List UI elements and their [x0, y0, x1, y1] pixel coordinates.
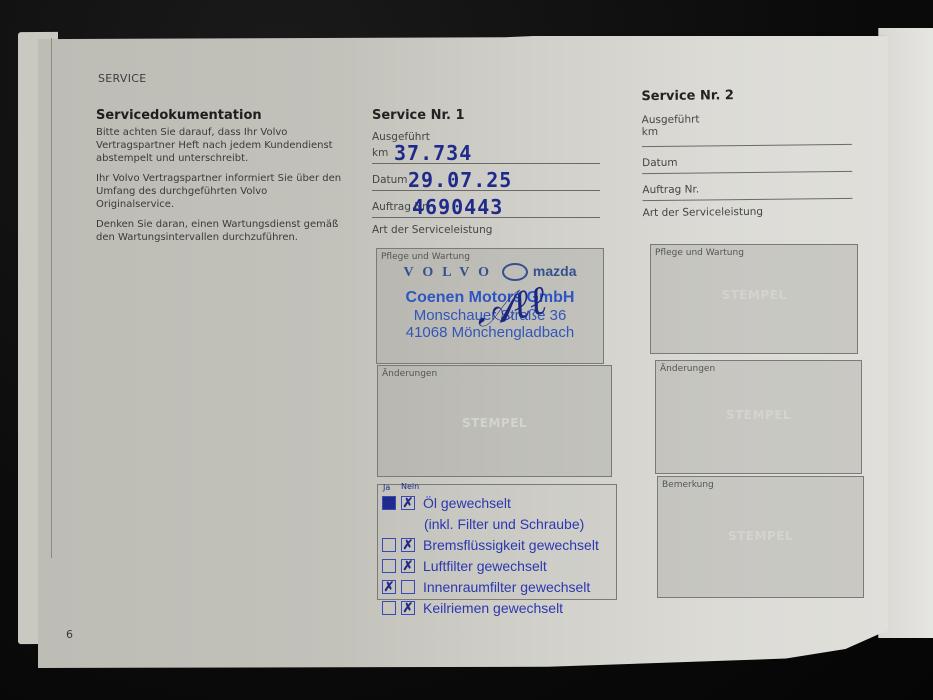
- km-field[interactable]: km: [642, 124, 852, 147]
- checklist-item: ✗Bremsflüssigkeit gewechselt: [382, 534, 599, 555]
- yes-header: Ja: [383, 483, 390, 492]
- stamp-placeholder: STEMPEL: [656, 408, 861, 422]
- yes-checkbox[interactable]: [382, 496, 396, 510]
- section-label: SERVICE: [98, 72, 146, 85]
- remark-stamp-box-2: Bemerkung STEMPEL: [657, 476, 864, 598]
- no-checkbox[interactable]: ✗: [401, 559, 415, 573]
- yes-checkbox[interactable]: [382, 559, 396, 573]
- stamp-placeholder: STEMPEL: [651, 288, 857, 302]
- stamp-placeholder: STEMPEL: [658, 529, 863, 543]
- care-box-label: Pflege und Wartung: [381, 252, 470, 262]
- no-header: Nein: [401, 482, 419, 491]
- page-number: 6: [66, 628, 73, 641]
- service-2: Service Nr. 2 Ausgeführt km Datum Auftra…: [641, 87, 852, 219]
- checklist-item-label: Bremsflüssigkeit gewechselt: [423, 537, 599, 553]
- km-label: km: [372, 147, 388, 159]
- intro-paragraph: Bitte achten Sie darauf, dass Ihr Volvo …: [96, 126, 346, 165]
- page-title: Servicedokumentation: [96, 108, 262, 123]
- checklist-item: ✗Öl gewechselt: [382, 492, 599, 513]
- checklist-item: ✗Luftfilter gewechselt: [382, 555, 599, 576]
- care-stamp-box-2: Pflege und Wartung STEMPEL: [650, 244, 858, 354]
- page-edge-line: [51, 38, 52, 558]
- intro-paragraph: Ihr Volvo Vertragspartner informiert Sie…: [96, 172, 346, 211]
- checklist-item-label: Innenraumfilter gewechselt: [423, 579, 590, 595]
- care-stamp-box-1: Pflege und Wartung VOLVO mazda Coenen Mo…: [376, 248, 604, 364]
- yes-checkbox[interactable]: [382, 601, 396, 615]
- date-label: Datum: [642, 157, 678, 169]
- checklist-item-label: Keilriemen gewechselt: [423, 600, 563, 616]
- km-label: km: [642, 126, 658, 138]
- changes-box-label: Änderungen: [382, 369, 437, 379]
- care-box-label: Pflege und Wartung: [655, 248, 744, 258]
- order-field[interactable]: Auftrag Nr. 4690443: [372, 191, 600, 218]
- service-type-label: Art der Serviceleistung: [372, 224, 600, 236]
- volvo-logo: VOLVO: [404, 265, 499, 280]
- date-label: Datum: [372, 174, 408, 186]
- date-value: 29.07.25: [408, 168, 512, 192]
- checklist-item: ✗Keilriemen gewechselt: [382, 597, 599, 618]
- checklist-item-note: (inkl. Filter und Schraube): [424, 516, 584, 532]
- date-field[interactable]: Datum 29.07.25: [372, 164, 600, 191]
- date-field[interactable]: Datum: [642, 145, 852, 174]
- no-checkbox[interactable]: ✗: [401, 538, 415, 552]
- order-label: Auftrag Nr.: [642, 184, 699, 197]
- stamp-placeholder: STEMPEL: [378, 416, 611, 430]
- intro-text: Bitte achten Sie darauf, dass Ihr Volvo …: [96, 126, 346, 251]
- service-1: Service Nr. 1 Ausgeführt km 37.734 Datum…: [372, 108, 600, 236]
- service-2-title: Service Nr. 2: [641, 87, 851, 104]
- yes-checkbox[interactable]: [382, 538, 396, 552]
- km-field[interactable]: km 37.734: [372, 143, 600, 164]
- changes-stamp-box-1: Änderungen STEMPEL: [377, 365, 612, 477]
- no-checkbox[interactable]: ✗: [401, 601, 415, 615]
- service-1-title: Service Nr. 1: [372, 108, 600, 123]
- no-checkbox[interactable]: [401, 580, 415, 594]
- checklist-item: ✗Innenraumfilter gewechselt: [382, 576, 599, 597]
- checklist-item-label: Öl gewechselt: [423, 495, 511, 511]
- service-checklist: ✗Öl gewechselt(inkl. Filter und Schraube…: [382, 492, 599, 618]
- service-type-label: Art der Serviceleistung: [643, 205, 853, 219]
- changes-stamp-box-2: Änderungen STEMPEL: [655, 360, 862, 474]
- km-value: 37.734: [394, 141, 472, 165]
- order-value: 4690443: [412, 195, 503, 219]
- changes-box-label: Änderungen: [660, 364, 715, 374]
- remark-box-label: Bemerkung: [662, 480, 714, 490]
- intro-paragraph: Denken Sie daran, einen Wartungsdienst g…: [96, 218, 346, 244]
- yes-checkbox[interactable]: ✗: [382, 580, 396, 594]
- checklist-item-label: Luftfilter gewechselt: [423, 558, 547, 574]
- no-checkbox[interactable]: ✗: [401, 496, 415, 510]
- checklist-item: (inkl. Filter und Schraube): [382, 513, 599, 534]
- order-field[interactable]: Auftrag Nr.: [642, 172, 852, 201]
